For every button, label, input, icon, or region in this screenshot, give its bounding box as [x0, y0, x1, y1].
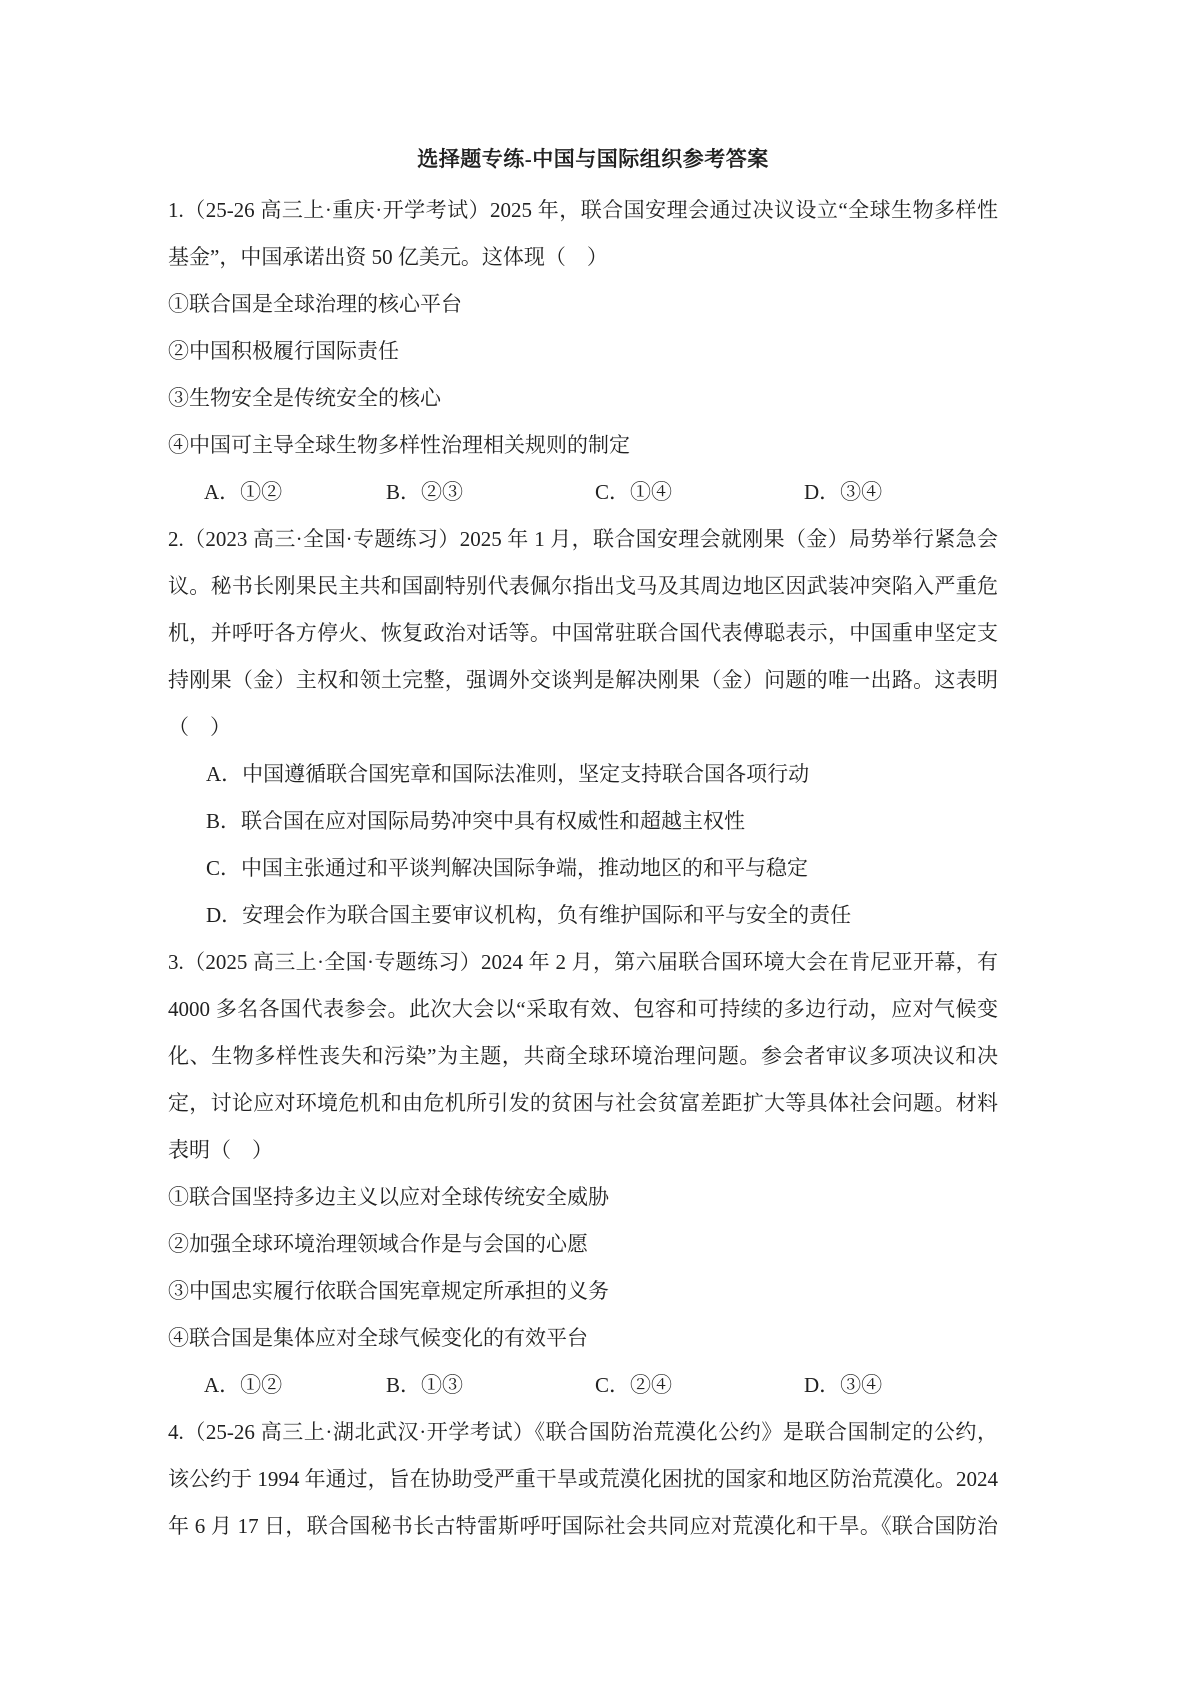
q3-choices-row: A．①② B．①③ C．②④ D．③④: [168, 1362, 998, 1409]
question-4: 4.（25-26 高三上·湖北武汉·开学考试）《联合国防治荒漠化公约》是联合国制…: [168, 1409, 998, 1550]
q3-stem-line-5: 表明（ ）: [168, 1127, 998, 1174]
q3-stem-line-4: 定，讨论应对环境危机和由危机所引发的贫困与社会贫富差距扩大等具体社会问题。材料: [168, 1080, 998, 1127]
page-title: 选择题专练-中国与国际组织参考答案: [188, 136, 998, 183]
q3-choice-d: D．③④: [804, 1362, 882, 1409]
q2-choice-b: B．联合国在应对国际局势冲突中具有权威性和超越主权性: [168, 798, 998, 845]
question-3: 3.（2025 高三上·全国·专题练习）2024 年 2 月，第六届联合国环境大…: [168, 939, 998, 1409]
document-content: 选择题专练-中国与国际组织参考答案 1.（25-26 高三上·重庆·开学考试）2…: [168, 136, 998, 1550]
q1-item-3: ③生物安全是传统安全的核心: [168, 375, 998, 422]
q1-choice-c: C．①④: [595, 469, 672, 516]
question-1: 1.（25-26 高三上·重庆·开学考试）2025 年，联合国安理会通过决议设立…: [168, 187, 998, 516]
q1-choice-d: D．③④: [804, 469, 882, 516]
q1-stem-line-2: 基金”，中国承诺出资 50 亿美元。这体现（ ）: [168, 234, 998, 281]
q1-item-2: ②中国积极履行国际责任: [168, 328, 998, 375]
q3-choice-c: C．②④: [595, 1362, 672, 1409]
q4-stem-line-3: 年 6 月 17 日，联合国秘书长古特雷斯呼吁国际社会共同应对荒漠化和干旱。《联…: [168, 1503, 998, 1550]
q1-choices-row: A．①② B．②③ C．①④ D．③④: [168, 469, 998, 516]
q2-choice-c: C．中国主张通过和平谈判解决国际争端，推动地区的和平与稳定: [168, 845, 998, 892]
q2-stem-line-3: 机，并呼吁各方停火、恢复政治对话等。中国常驻联合国代表傅聪表示，中国重申坚定支: [168, 610, 998, 657]
q3-stem-line-1: 3.（2025 高三上·全国·专题练习）2024 年 2 月，第六届联合国环境大…: [168, 939, 998, 986]
q3-item-4: ④联合国是集体应对全球气候变化的有效平台: [168, 1315, 998, 1362]
q3-item-1: ①联合国坚持多边主义以应对全球传统安全威胁: [168, 1174, 998, 1221]
q3-stem-line-2: 4000 多名各国代表参会。此次大会以“采取有效、包容和可持续的多边行动，应对气…: [168, 986, 998, 1033]
q2-stem-line-2: 议。秘书长刚果民主共和国副特别代表佩尔指出戈马及其周边地区因武装冲突陷入严重危: [168, 563, 998, 610]
q1-stem-line-1: 1.（25-26 高三上·重庆·开学考试）2025 年，联合国安理会通过决议设立…: [168, 187, 998, 234]
q3-choice-b: B．①③: [386, 1362, 463, 1409]
q1-item-4: ④中国可主导全球生物多样性治理相关规则的制定: [168, 422, 998, 469]
q3-stem-line-3: 化、生物多样性丧失和污染”为主题，共商全球环境治理问题。参会者审议多项决议和决: [168, 1033, 998, 1080]
q2-choice-d: D．安理会作为联合国主要审议机构，负有维护国际和平与安全的责任: [168, 892, 998, 939]
q3-item-2: ②加强全球环境治理领域合作是与会国的心愿: [168, 1221, 998, 1268]
q2-stem-line-5: （ ）: [168, 704, 998, 751]
q1-item-1: ①联合国是全球治理的核心平台: [168, 281, 998, 328]
question-2: 2.（2023 高三·全国·专题练习）2025 年 1 月，联合国安理会就刚果（…: [168, 516, 998, 939]
q4-stem-line-2: 该公约于 1994 年通过，旨在协助受严重干旱或荒漠化困扰的国家和地区防治荒漠化…: [168, 1456, 998, 1503]
q2-stem-line-4: 持刚果（金）主权和领土完整，强调外交谈判是解决刚果（金）问题的唯一出路。这表明: [168, 657, 998, 704]
q2-stem-line-1: 2.（2023 高三·全国·专题练习）2025 年 1 月，联合国安理会就刚果（…: [168, 516, 998, 563]
q3-item-3: ③中国忠实履行依联合国宪章规定所承担的义务: [168, 1268, 998, 1315]
q1-choice-b: B．②③: [386, 469, 463, 516]
q2-choice-a: A．中国遵循联合国宪章和国际法准则，坚定支持联合国各项行动: [168, 751, 998, 798]
q3-choice-a: A．①②: [204, 1362, 282, 1409]
q4-stem-line-1: 4.（25-26 高三上·湖北武汉·开学考试）《联合国防治荒漠化公约》是联合国制…: [168, 1409, 998, 1456]
q1-choice-a: A．①②: [204, 469, 282, 516]
document-page: 选择题专练-中国与国际组织参考答案 1.（25-26 高三上·重庆·开学考试）2…: [0, 0, 1190, 1682]
